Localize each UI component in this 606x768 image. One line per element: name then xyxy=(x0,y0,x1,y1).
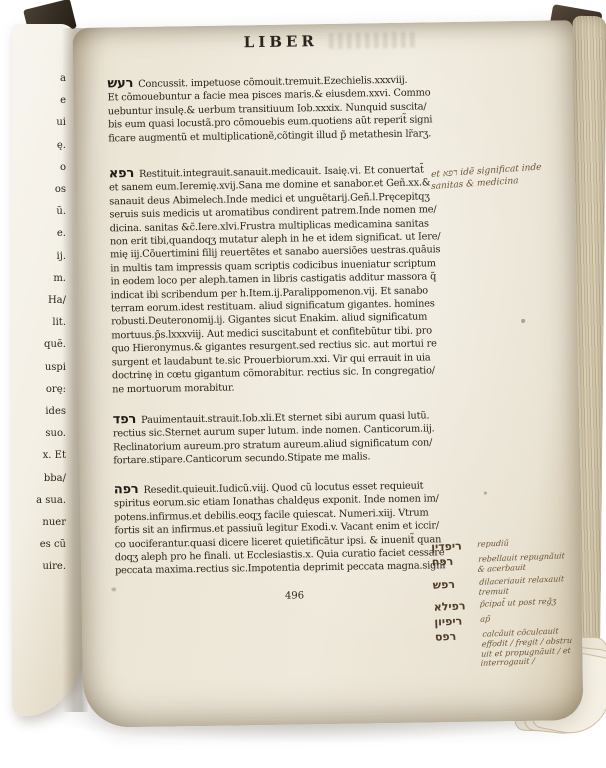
book-photo: a e ui ę. o os ũ. e. ij. m. Ha/ lit. quẽ… xyxy=(0,0,606,768)
glossary-hebrew: רפס xyxy=(435,630,475,644)
glossary-gloss: dilaceriauit relaxauit tremuit xyxy=(478,574,564,597)
glossary-gloss: ap̃ xyxy=(480,615,491,625)
paragraph-text: Restituit.integrauit.sanauit.medicauit. … xyxy=(109,164,441,394)
paragraph-pauimentauit: רפדPauimentauit.strauit.Iob.xli.Et stern… xyxy=(113,408,472,468)
glossary-gloss: repudiũ xyxy=(477,539,509,550)
hebrew-lemma: רפא xyxy=(109,166,139,181)
hebrew-lemma: רפה xyxy=(114,482,144,497)
glossary-hebrew: רפח xyxy=(432,555,472,569)
glossary-row: רפס calcãuit cõculcauit effodit / fregit… xyxy=(435,624,606,671)
paragraph-text: Pauimentauit.strauit.Iob.xli.Et sternet … xyxy=(113,410,435,466)
glossary-gloss: rebellauit repugnãuit & acerbauit xyxy=(477,551,565,574)
paragraph-concussit: רעשConcussit. impetuose cõmouit.tremuit.… xyxy=(107,72,466,146)
ink-spot xyxy=(111,587,116,591)
ink-spot xyxy=(484,492,487,495)
glossary-hebrew: רפילא xyxy=(433,600,473,614)
page-header: LIBER xyxy=(221,32,341,52)
ink-spot xyxy=(521,319,525,323)
hebrew-lemma: רעש xyxy=(107,76,138,91)
glossary-hebrew: ריפדין xyxy=(431,540,471,554)
handwritten-glossary: ריפדין repudiũ רפח rebellauit repugnãuit… xyxy=(431,534,606,674)
glossary-hebrew: ריפיון xyxy=(434,615,474,629)
paragraph-text: Resedit.quieuit.Iudicũ.viij. Quod cũ loc… xyxy=(114,481,445,577)
paragraph-text: Concussit. impetuose cõmouit.tremuit.Eze… xyxy=(108,75,433,144)
hebrew-lemma: רפד xyxy=(113,412,142,427)
page-number: 496 xyxy=(115,588,473,605)
paragraph-restituit: רפאRestituit.integrauit.sanauit.medicaui… xyxy=(109,162,471,397)
glossary-gloss: p̃cipat̃ ut post reg̃ʒ xyxy=(479,597,556,610)
book-page: LIBER רעשConcussit. impetuose cõmouit.tr… xyxy=(73,20,584,728)
glossary-hebrew: רפש xyxy=(433,578,473,592)
ink-bleedthrough xyxy=(329,32,417,49)
paragraph-resedit: רפהResedit.quieuit.Iudicũ.viij. Quod cũ … xyxy=(114,478,473,578)
glossary-gloss: calcãuit cõculcauit effodit / fregit / o… xyxy=(480,626,573,669)
